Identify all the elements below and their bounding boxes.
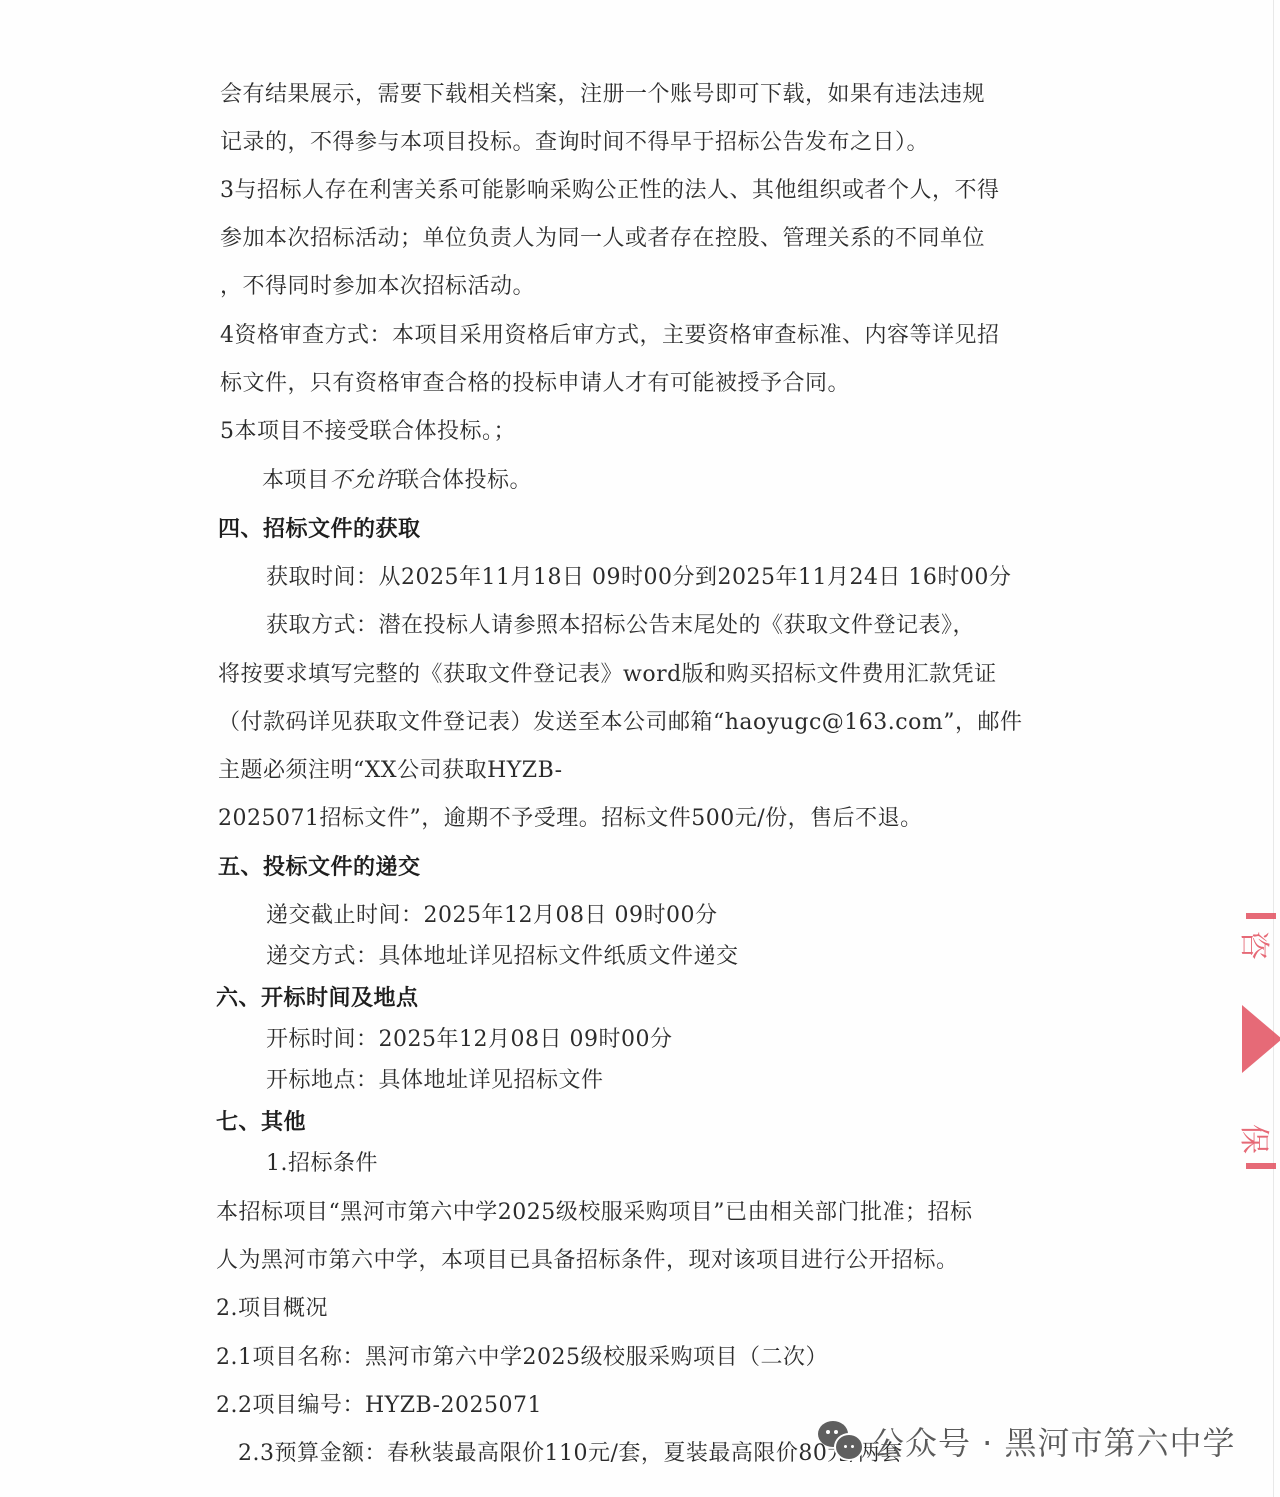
star-icon [1242,1005,1280,1073]
submission-deadline: 递交截止时间：2025年12月08日 09时00分 [266,901,717,931]
project-number: 2.2项目编号：HYZB-2025071 [216,1391,542,1421]
section-heading-7: 七、其他 [216,1108,306,1138]
obtain-method-line: 主题必须注明“XX公司获取HYZB- [218,756,563,786]
submission-method: 递交方式：具体地址详见招标文件纸质文件递交 [266,942,739,972]
subsection-title: 1.招标条件 [266,1149,378,1179]
consortium-suffix: 联合体投标。 [397,468,532,493]
subsection-title: 2.项目概况 [216,1294,328,1324]
section-heading-6: 六、开标时间及地点 [216,984,419,1014]
opening-time: 开标时间：2025年12月08日 09时00分 [266,1025,672,1055]
wechat-icon [818,1421,862,1461]
seal-border [1246,1163,1276,1169]
consortium-italic: 不允许 [330,468,398,493]
text-line: ，不得同时参加本次招标活动。 [220,272,535,302]
document-page: 会有结果展示，需要下载相关档案，注册一个账号即可下载，如果有违法违规 记录的，不… [0,0,1280,1497]
text-line: 5本项目不接受联合体投标。； [220,417,516,447]
condition-line: 人为黑河市第六中学，本项目已具备招标条件，现对该项目进行公开招标。 [216,1246,959,1276]
section-heading-4: 四、招标文件的获取 [218,515,421,545]
consortium-prefix: 本项目 [262,468,330,493]
obtain-method-line: （付款码详见获取文件登记表）发送至本公司邮箱“haoyugc@163.com”，… [218,708,1022,738]
seal-character: 咨 [1235,930,1279,960]
wechat-watermark: 公众号 · 黑河市第六中学 [818,1418,1236,1464]
watermark-text: 公众号 · 黑河市第六中学 [872,1418,1236,1464]
red-seal-stamp: 咨 保 [1236,905,1280,1175]
obtain-method-line: 将按要求填写完整的《获取文件登记表》word版和购买招标文件费用汇款凭证 [218,660,997,690]
budget-amount: 2.3预算金额：春秋装最高限价110元/套，夏装最高限价80元/两套 [238,1439,903,1469]
obtain-method-line: 2025071招标文件”，逾期不予受理。招标文件500元/份，售后不退。 [218,804,923,834]
consortium-statement: 本项目不允许联合体投标。 [262,466,532,496]
text-line: 会有结果展示，需要下载相关档案，注册一个账号即可下载，如果有违法违规 [220,80,985,110]
text-line: 3与招标人存在利害关系可能影响采购公正性的法人、其他组织或者个人，不得 [220,176,1000,206]
seal-character: 保 [1235,1124,1279,1154]
opening-place: 开标地点：具体地址详见招标文件 [266,1066,604,1096]
text-line: 标文件，只有资格审查合格的投标申请人才有可能被授予合同。 [220,369,850,399]
condition-line: 本招标项目“黑河市第六中学2025级校服采购项目”已由相关部门批准；招标 [216,1198,973,1228]
obtain-method-line: 获取方式：潜在投标人请参照本招标公告末尾处的《获取文件登记表》， [266,611,975,641]
seal-border [1246,913,1276,919]
project-name: 2.1项目名称：黑河市第六中学2025级校服采购项目（二次） [216,1343,828,1373]
text-line: 记录的，不得参与本项目投标。查询时间不得早于招标公告发布之日）。 [220,128,929,158]
text-line: 4资格审查方式：本项目采用资格后审方式，主要资格审查标准、内容等详见招 [220,321,1000,351]
obtain-time: 获取时间：从2025年11月18日 09时00分到2025年11月24日 16时… [266,563,1011,593]
section-heading-5: 五、投标文件的递交 [218,853,421,883]
text-line: 参加本次招标活动；单位负责人为同一人或者存在控股、管理关系的不同单位 [220,224,985,254]
page-edge [1273,0,1274,1497]
